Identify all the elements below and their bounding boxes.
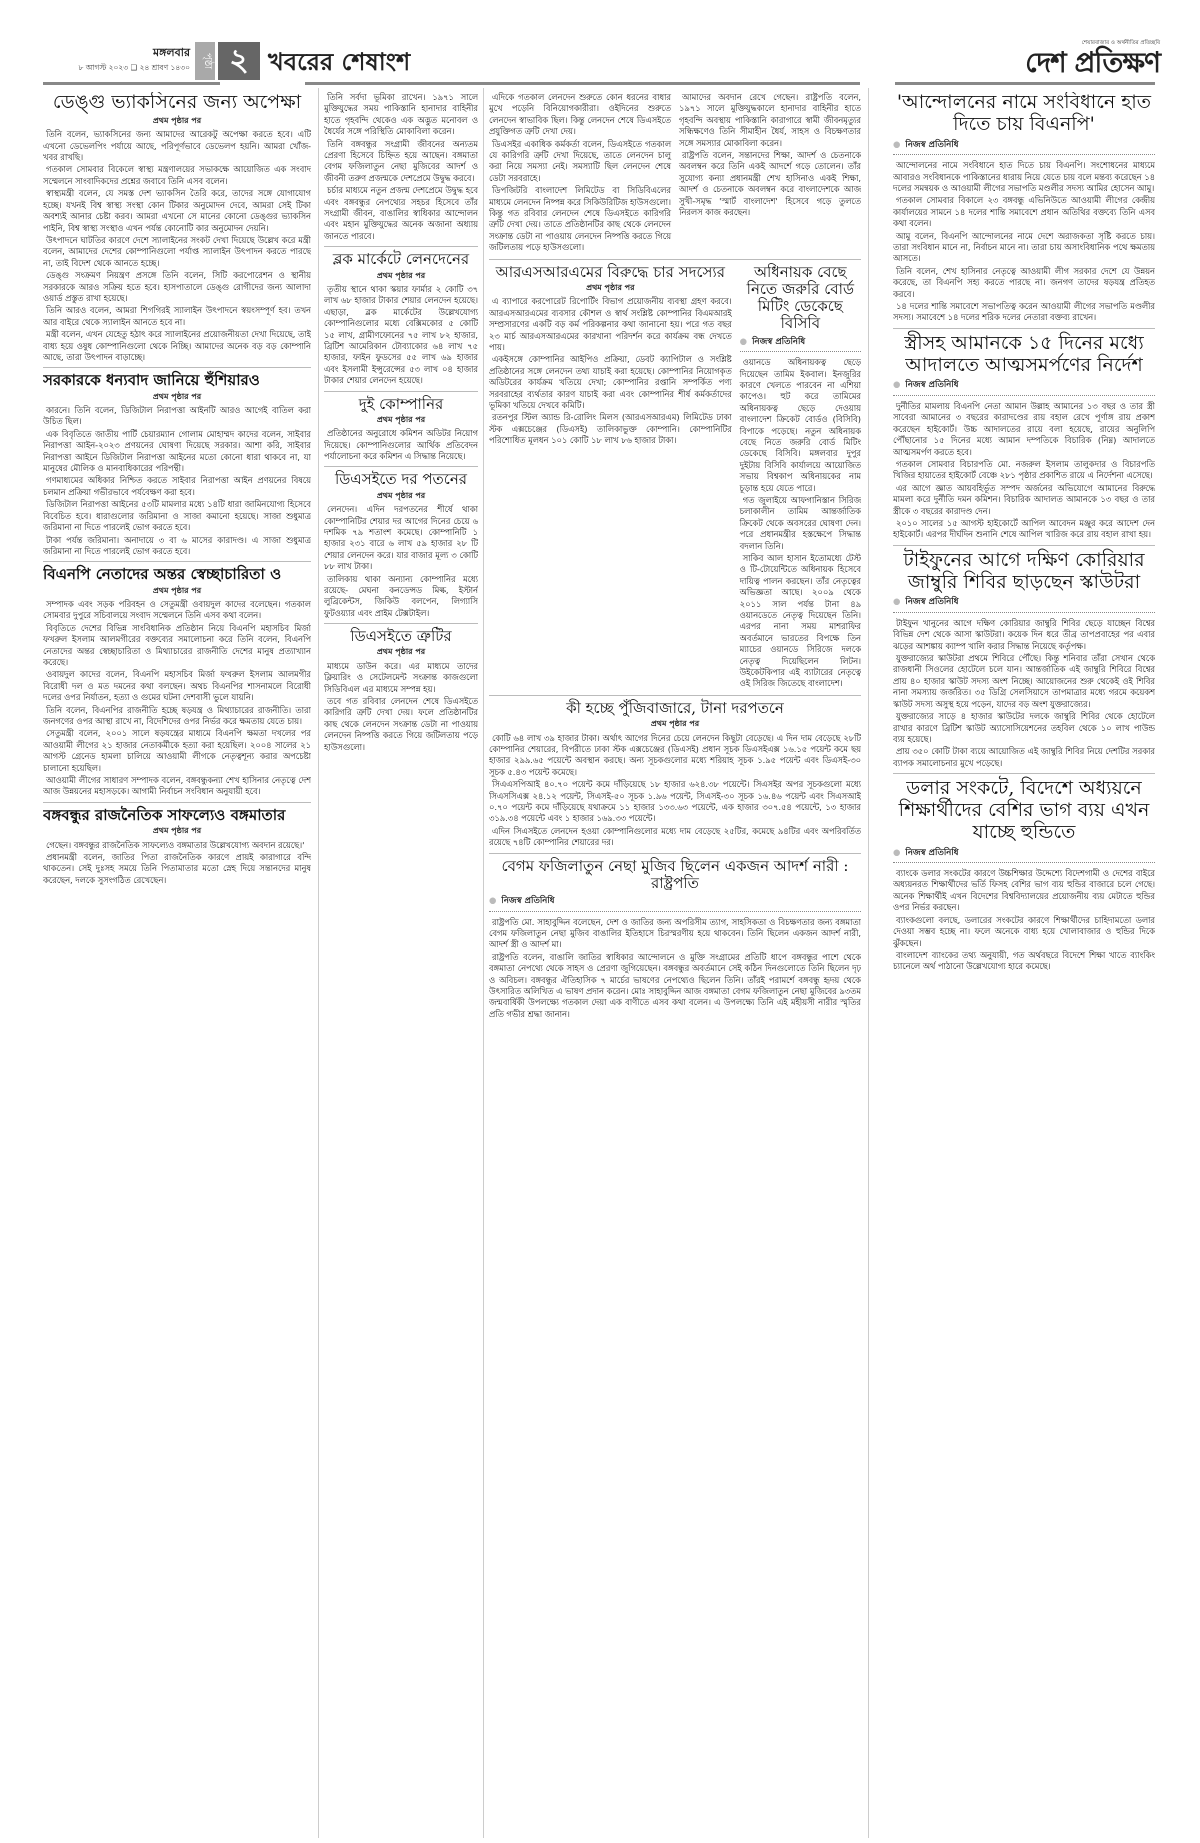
top-split: এদিকে গতকাল লেনদেন শুরুতে কোন ধরনের বাধা…: [489, 92, 861, 255]
headline: অধিনায়ক বেছে নিতে জরুরি বোর্ড মিটিং ডেক…: [740, 264, 861, 333]
divider: [893, 328, 1155, 329]
paragraph: প্রধানমন্ত্রী বলেন, জাতির পিতা রাজনৈতিক …: [43, 852, 311, 886]
divider: [324, 391, 478, 392]
masthead: মঙ্গলবার ৮ আগস্ট ২০২৩ ❑ ২৪ শ্রাবণ ১৪৩০ প…: [0, 40, 1200, 80]
paragraph: মন্ত্রী বলেন, এখন যেহেতু হঠাৎ করে স্যালা…: [43, 329, 311, 363]
headline: আরএসআরএমের বিরুদ্ধে চার সদস্যের: [489, 264, 732, 281]
divider: [489, 695, 861, 696]
divider: [489, 853, 861, 854]
paragraph: তিনি আরও বলেন, আমরা শিগগিরই স্যালাইন উৎপ…: [43, 305, 311, 328]
column-3: এদিকে গতকাল লেনদেন শুরুতে কোন ধরনের বাধা…: [489, 92, 861, 1837]
weekday: মঙ্গলবার: [60, 44, 190, 63]
paragraph: ওয়ানডে অধিনায়কত্ব ছেড়ে দিয়েছেন তামিম…: [740, 357, 861, 494]
mid-split: আরএসআরএমের বিরুদ্ধে চার সদস্যের প্রথম পৃ…: [489, 264, 861, 691]
column-1: ডেঙ্গু ভ্যাকসিনের জন্য অপেক্ষা প্রথম পৃষ…: [43, 92, 311, 1837]
headline: সরকারকে ধন্যবাদ জানিয়ে হুঁশিয়ারও: [43, 372, 311, 389]
continued-label: প্রথম পৃষ্ঠার পর: [43, 115, 311, 126]
headline: বিএনপি নেতাদের অন্তর স্বেচ্ছাচারিতা ও: [43, 566, 311, 583]
paragraph: ডেঙ্গু সংক্রমণ নিয়ন্ত্রণ প্রসঙ্গে তিনি …: [43, 270, 311, 304]
dotted-divider: [740, 351, 861, 352]
headline: স্ত্রীসহ আমানকে ১৫ দিনের মধ্যে আদালতে আত…: [893, 333, 1155, 377]
divider: [324, 623, 478, 624]
continued-label: প্রথম পৃষ্ঠার পর: [489, 282, 732, 293]
paragraph: ডিজিটাল নিরাপত্তা আইনের ৫৩টি মামলার মধ্য…: [43, 499, 311, 533]
headline: ডিএসইতে ত্রুটির: [324, 628, 478, 645]
paragraph: লেনদেন। এদিন দরপতনের শীর্ষে থাকা কোম্পান…: [324, 504, 478, 572]
headline: টাইফুনের আগে দক্ষিণ কোরিয়ার জাম্বুরি শি…: [893, 550, 1155, 594]
paragraph: বাংলাদেশ ব্যাংকের তথ্য অনুযায়ী, গত অর্থ…: [893, 950, 1155, 973]
article-dse-error: ডিএসইতে ত্রুটির প্রথম পৃষ্ঠার পর মাধ্যমে…: [324, 628, 478, 753]
paragraph: আমু বলেন, বিএনপি আন্দোলনের নামে দেশে অরা…: [893, 231, 1155, 265]
paragraph: কোটি ৬৪ লাখ ৩৯ হাজার টাকা। অর্থাৎ আগের দ…: [489, 733, 861, 779]
newspaper-logo: শেয়ারবাজার ও অর্থনীতির প্রতিচ্ছবি দেশ প…: [1025, 40, 1160, 78]
column-divider: [868, 88, 869, 1838]
paragraph: কারনে। তিনি বলেন, ডিজিটাল নিরাপত্তা আইনট…: [43, 405, 311, 428]
byline: নিজস্ব প্রতিনিধি: [893, 848, 1155, 859]
paragraph: এর আগে জ্ঞাত আয়বহির্ভূত সম্পদ অর্জনের অ…: [893, 483, 1155, 517]
divider: [489, 259, 861, 260]
paragraph: গতকাল সোমবার বিচারপতি মো. নজরুল ইসলাম তা…: [893, 459, 1155, 482]
paragraph: এ ব্যাপারে করপোরেট রিপোর্টিং বিভাগ প্রয়…: [489, 296, 732, 353]
paragraph: প্রতিষ্ঠানের অনুরোধে কমিশন অডিটর নিয়োগ …: [324, 428, 478, 462]
paragraph: তিনি বঙ্গবন্ধুর সংগ্রামী জীবনের অন্যতম প…: [324, 139, 478, 185]
paragraph: রতনপুর স্টিল অ্যান্ড রি-রোলিং মিলস (আরএস…: [489, 412, 732, 446]
section-title: খবরের শেষাংশ: [268, 44, 410, 84]
headline: কী হচ্ছে পুঁজিবাজারে, টানা দরপতনে: [489, 700, 861, 717]
paragraph: আন্দোলনের নামে সংবিধানে হাত দিতে চায় বি…: [893, 160, 1155, 194]
byline: নিজস্ব প্রতিনিধি: [893, 140, 1155, 151]
paragraph: গত জুলাইয়ে আফগানিস্তান সিরিজ চলাকালীন ত…: [740, 495, 861, 552]
paragraph: স্বাস্থ্যমন্ত্রী বলেন, যে সমস্ত দেশ ভ্যা…: [43, 188, 311, 234]
divider: [43, 367, 311, 368]
header-rule-mid: [305, 82, 860, 85]
paragraph: তালিকায় থাকা অন্যান্য কোম্পানির মধ্যে র…: [324, 574, 478, 620]
article-bangabandhu: বঙ্গবন্ধুর রাজনৈতিক সাফল্যেও বঙ্গমাতার প…: [43, 807, 311, 886]
paragraph: তিনি বলেন, বিএনপির রাজনীতি হচ্ছে ষড়যন্ত…: [43, 705, 311, 728]
headline: দুই কোম্পানির: [324, 396, 478, 413]
headline: ডিএসইতে দর পতনের: [324, 471, 478, 488]
paragraph: গণমাধ্যমের অধিকার নিশ্চিত করতে সাইবার নি…: [43, 475, 311, 498]
headline: বঙ্গবন্ধুর রাজনৈতিক সাফল্যেও বঙ্গমাতার: [43, 807, 311, 824]
headline: ডলার সংকটে, বিদেশে অধ্যয়নে শিক্ষার্থীদে…: [893, 778, 1155, 844]
paragraph: আমাদের অবদান রেখে গেছেন। রাষ্ট্রপতি বলেন…: [679, 92, 861, 149]
paragraph: এদিন সিএসইতে লেনদেন হওয়া কোম্পানিগুলোর …: [489, 826, 861, 849]
article-block-market: ব্লক মার্কেটে লেনদেনের প্রথম পৃষ্ঠার পর …: [324, 251, 478, 386]
article-government: সরকারকে ধন্যবাদ জানিয়ে হুঁশিয়ারও প্রথম…: [43, 372, 311, 557]
article-capital-market: কী হচ্ছে পুঁজিবাজারে, টানা দরপতনে প্রথম …: [489, 700, 861, 849]
continued-label: প্রথম পৃষ্ঠার পর: [324, 490, 478, 501]
page-label: পৃষ্ঠা: [195, 42, 215, 80]
divider: [324, 246, 478, 247]
article-dengue: ডেঙ্গু ভ্যাকসিনের জন্য অপেক্ষা প্রথম পৃষ…: [43, 92, 311, 363]
subcolumn: আমাদের অবদান রেখে গেছেন। রাষ্ট্রপতি বলেন…: [679, 92, 861, 255]
paragraph: তিনি সর্বদা ভূমিকা রাখেন। ১৯৭১ সালে মুক্…: [324, 92, 478, 138]
headline: ডেঙ্গু ভ্যাকসিনের জন্য অপেক্ষা: [43, 92, 311, 114]
paragraph: ১৪ দলের শান্তি সমাবেশে সভাপতিত্ব করেন আও…: [893, 301, 1155, 324]
paragraph: তিনি বলেন, ভ্যাকসিনের জন্য আমাদের আরেকটু…: [43, 129, 311, 163]
paragraph: এদিকে গতকাল লেনদেন শুরুতে কোন ধরনের বাধা…: [489, 92, 671, 138]
paragraph: চর্চার মাধ্যমে নতুন প্রজন্ম দেশপ্রেমে উদ…: [324, 185, 478, 242]
header-rule-right: [895, 82, 1155, 85]
paragraph: ব্যাংকগুলো বলছে, ডলারের সংকটের কারণে শিক…: [893, 915, 1155, 949]
article-jamboree: টাইফুনের আগে দক্ষিণ কোরিয়ার জাম্বুরি শি…: [893, 550, 1155, 769]
paragraph: ডিপজিটরি বাংলাদেশ লিমিটেড বা সিডিবিএলের …: [489, 185, 671, 253]
paragraph: রাষ্ট্রপতি মো. সাহাবুদ্দিন বলেছেন, দেশ ও…: [489, 917, 861, 951]
divider: [43, 802, 311, 803]
paragraph: দুর্নীতির মামলায় বিএনপি নেতা আমান উল্লা…: [893, 401, 1155, 458]
divider: [893, 545, 1155, 546]
paragraph: এক বিবৃতিতে জাতীয় পার্টি চেয়ারম্যান গো…: [43, 429, 311, 475]
article-begum-mujib: বেগম ফজিলাতুন নেছা মুজিব ছিলেন একজন আদর্…: [489, 858, 861, 1021]
paragraph: ২০১০ সালের ১৫ আগস্ট হাইকোর্টে আপিল আবেদন…: [893, 518, 1155, 541]
issue-date: ৮ আগস্ট ২০২৩ ❑ ২৪ শ্রাবণ ১৪৩০: [60, 63, 190, 75]
byline: নিজস্ব প্রতিনিধি: [893, 597, 1155, 608]
paragraph: গতকাল সোমবার বিকালে ২৩ বঙ্গবন্ধু এভিনিউত…: [893, 195, 1155, 229]
paragraph: রাষ্ট্রপতি বলেন, বাঙালি জাতির স্বাধিকার …: [489, 952, 861, 1020]
byline: নিজস্ব প্রতিনিধি: [893, 380, 1155, 391]
article-rsrm: আরএসআরএমের বিরুদ্ধে চার সদস্যের প্রথম পৃ…: [489, 264, 732, 691]
dotted-divider: [893, 395, 1155, 396]
article-two-companies: দুই কোম্পানির প্রথম পৃষ্ঠার পর প্রতিষ্ঠা…: [324, 396, 478, 463]
paragraph: মাধ্যমে ডাউন করে। এর মাধ্যমে তাদের ক্লিয…: [324, 661, 478, 695]
paragraph: গেছেন। বঙ্গবন্ধুর রাজনৈতিক সাফল্যেও বঙ্গ…: [43, 840, 311, 851]
continued-label: প্রথম পৃষ্ঠার পর: [324, 414, 478, 425]
paragraph: সিএএসপিআই ৪০.৭০ পয়েন্ট কমে দাঁড়িয়েছে …: [489, 779, 861, 825]
paragraph: রাষ্ট্রপতি বলেন, সন্তানদের শিক্ষা, আদর্শ…: [679, 150, 861, 218]
subcolumn: এদিকে গতকাল লেনদেন শুরুতে কোন ধরনের বাধা…: [489, 92, 671, 255]
continued-label: প্রথম পৃষ্ঠার পর: [324, 270, 478, 281]
paragraph: গতকাল সোমবার বিকেলে স্বাস্থ্য মন্ত্রণালয…: [43, 164, 311, 187]
article-dse-fall: ডিএসইতে দর পতনের প্রথম পৃষ্ঠার পর লেনদেন…: [324, 471, 478, 619]
article-bcb-meeting: অধিনায়ক বেছে নিতে জরুরি বোর্ড মিটিং ডেক…: [740, 264, 861, 691]
continued-label: প্রথম পৃষ্ঠার পর: [43, 825, 311, 836]
continued-label: প্রথম পৃষ্ঠার পর: [43, 391, 311, 402]
continued-label: প্রথম পৃষ্ঠার পর: [489, 718, 861, 729]
headline: ব্লক মার্কেটে লেনদেনের: [324, 251, 478, 268]
column-2: তিনি সর্বদা ভূমিকা রাখেন। ১৯৭১ সালে মুক্…: [324, 92, 478, 1837]
continued-label: প্রথম পৃষ্ঠার পর: [43, 585, 311, 596]
paragraph: আওয়ামী লীগের সাধারণ সম্পাদক বলেন, বঙ্গব…: [43, 775, 311, 798]
paragraph: ওবায়দুল কাদের বলেন, বিএনপি মহাসচিব মির্…: [43, 669, 311, 703]
article-aman: স্ত্রীসহ আমানকে ১৫ দিনের মধ্যে আদালতে আত…: [893, 333, 1155, 541]
logo-text: দেশ প্রতিক্ষণ: [1025, 48, 1160, 78]
paragraph: তৃতীয় স্থানে থাকা স্কয়ার ফার্মার ২ কোট…: [324, 284, 478, 387]
paragraph: সাকিব আল হাসান ইতোমধ্যে টেস্ট ও টি-টোয়ে…: [740, 553, 861, 690]
paragraph: যুক্তরাজ্যের সাড়ে ৪ হাজার স্কাউটের দলকে…: [893, 711, 1155, 745]
paragraph: টাকা পর্যন্ত জরিমানা। অনাদায়ে ৩ বা ৬ মা…: [43, 535, 311, 558]
paragraph: তবে গত রবিবার লেনদেন শেষে ডিএসইতে কারিগর…: [324, 696, 478, 753]
dotted-divider: [893, 862, 1155, 863]
dotted-divider: [893, 154, 1155, 155]
column-divider: [318, 88, 319, 1838]
divider: [893, 773, 1155, 774]
article-constitution: 'আন্দোলনের নামে সংবিধানে হাত দিতে চায় ব…: [893, 92, 1155, 324]
column-4: 'আন্দোলনের নামে সংবিধানে হাত দিতে চায় ব…: [893, 92, 1155, 1837]
paragraph: সেতুমন্ত্রী বলেন, ২০০১ সালে ষড়যন্ত্রের …: [43, 728, 311, 774]
paragraph: তিনি বলেন, শেখ হাসিনার নেতৃত্বে আওয়ামী …: [893, 266, 1155, 300]
paragraph: প্রায় ৩৫০ কোটি টাকা ব্যয়ে আয়োজিত এই জ…: [893, 746, 1155, 769]
dotted-divider: [893, 612, 1155, 613]
divider: [324, 466, 478, 467]
article-bnp-leaders: বিএনপি নেতাদের অন্তর স্বেচ্ছাচারিতা ও প্…: [43, 566, 311, 798]
date-block: মঙ্গলবার ৮ আগস্ট ২০২৩ ❑ ২৪ শ্রাবণ ১৪৩০: [60, 44, 190, 75]
divider: [43, 561, 311, 562]
page-number: ২: [218, 42, 260, 80]
paragraph: একইসঙ্গে কোম্পানির আইপিও প্রক্রিয়া, ডেব…: [489, 354, 732, 411]
dotted-divider: [489, 911, 861, 912]
column-divider: [483, 88, 484, 1838]
continued-label: প্রথম পৃষ্ঠার পর: [324, 646, 478, 657]
paragraph: ডিএসইর একাধিক কর্মকর্তা বলেন, ডিএসইতে গত…: [489, 139, 671, 185]
paragraph: টাইফুন খানুনের আগে দক্ষিণ কোরিয়ার জাম্ব…: [893, 618, 1155, 652]
paragraph: সম্পাদক এবং সড়ক পরিবহন ও সেতুমন্ত্রী ওব…: [43, 599, 311, 622]
header-rule-left: [43, 82, 220, 85]
byline: নিজস্ব প্রতিনিধি: [740, 337, 861, 348]
paragraph: বিবৃতিতে দেশের বিভিন্ন সাংবিধানিক প্রতিষ…: [43, 623, 311, 669]
paragraph: ব্যাংকে ডলার সংকটের কারণে উচ্চশিক্ষার উদ…: [893, 868, 1155, 914]
headline: বেগম ফজিলাতুন নেছা মুজিব ছিলেন একজন আদর্…: [489, 858, 861, 893]
paragraph: উৎপাদনে ঘাটতির কারণে দেশে স্যালাইনের সংক…: [43, 235, 311, 269]
headline: 'আন্দোলনের নামে সংবিধানে হাত দিতে চায় ব…: [893, 92, 1155, 136]
article-dollar-crisis: ডলার সংকটে, বিদেশে অধ্যয়নে শিক্ষার্থীদে…: [893, 778, 1155, 973]
byline: নিজস্ব প্রতিনিধি: [489, 896, 861, 907]
paragraph: যুক্তরাজ্যের স্কাউটরা প্রথমে শিবিরে পৌঁছ…: [893, 653, 1155, 710]
